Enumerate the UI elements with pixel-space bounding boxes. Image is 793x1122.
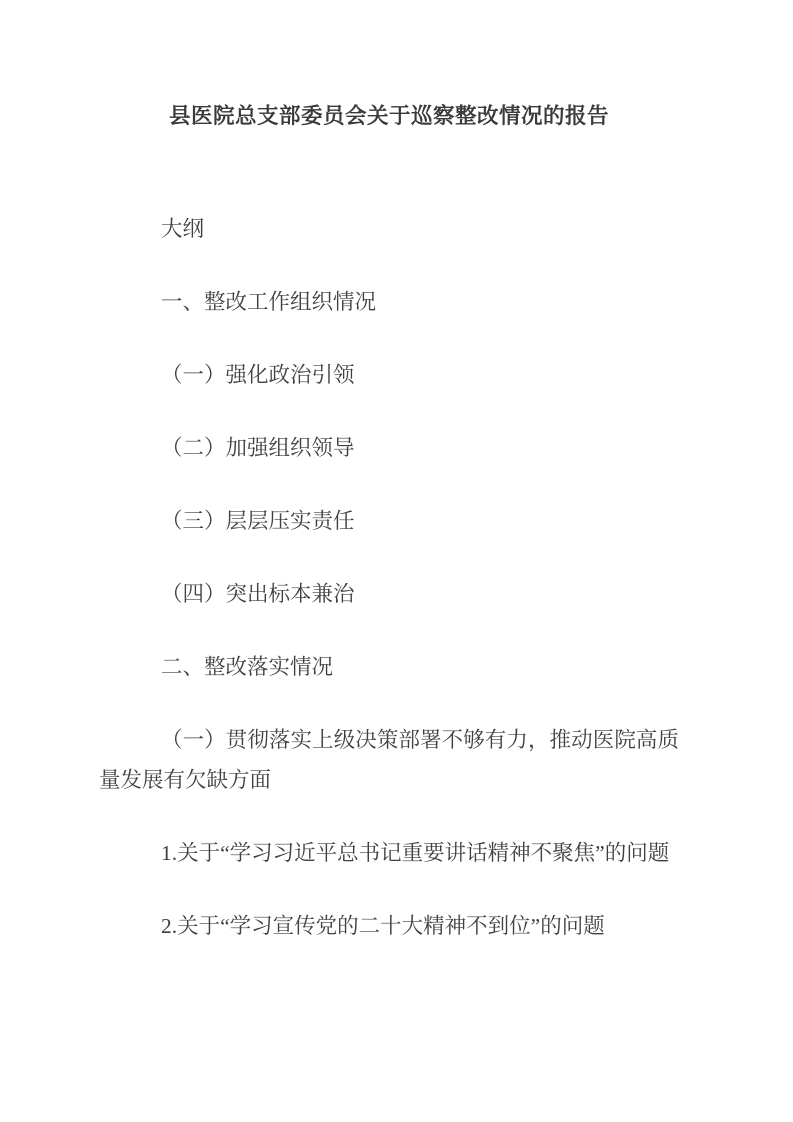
section-1-item-3: （三）层层压实责任 xyxy=(99,501,679,541)
section-2-heading: 二、整改落实情况 xyxy=(99,647,679,687)
section-1-item-2: （二）加强组织领导 xyxy=(99,428,679,468)
section-2-item-1-problem-2: 2.关于“学习宣传党的二十大精神不到位”的问题 xyxy=(99,906,679,946)
section-1-heading: 一、整改工作组织情况 xyxy=(99,282,679,322)
document-page: 县医院总支部委员会关于巡察整改情况的报告 大纲 一、整改工作组织情况 （一）强化… xyxy=(0,0,793,1122)
section-2-item-1-problem-1: 1.关于“学习习近平总书记重要讲话精神不聚焦”的问题 xyxy=(99,833,679,873)
outline-heading: 大纲 xyxy=(99,209,679,249)
section-1-item-1: （一）强化政治引领 xyxy=(99,355,679,395)
document-title: 县医院总支部委员会关于巡察整改情况的报告 xyxy=(99,96,679,136)
document-content: 县医院总支部委员会关于巡察整改情况的报告 大纲 一、整改工作组织情况 （一）强化… xyxy=(0,0,793,1122)
section-2-item-1: （一）贯彻落实上级决策部署不够有力，推动医院高质量发展有欠缺方面 xyxy=(99,720,679,800)
section-1-item-4: （四）突出标本兼治 xyxy=(99,574,679,614)
